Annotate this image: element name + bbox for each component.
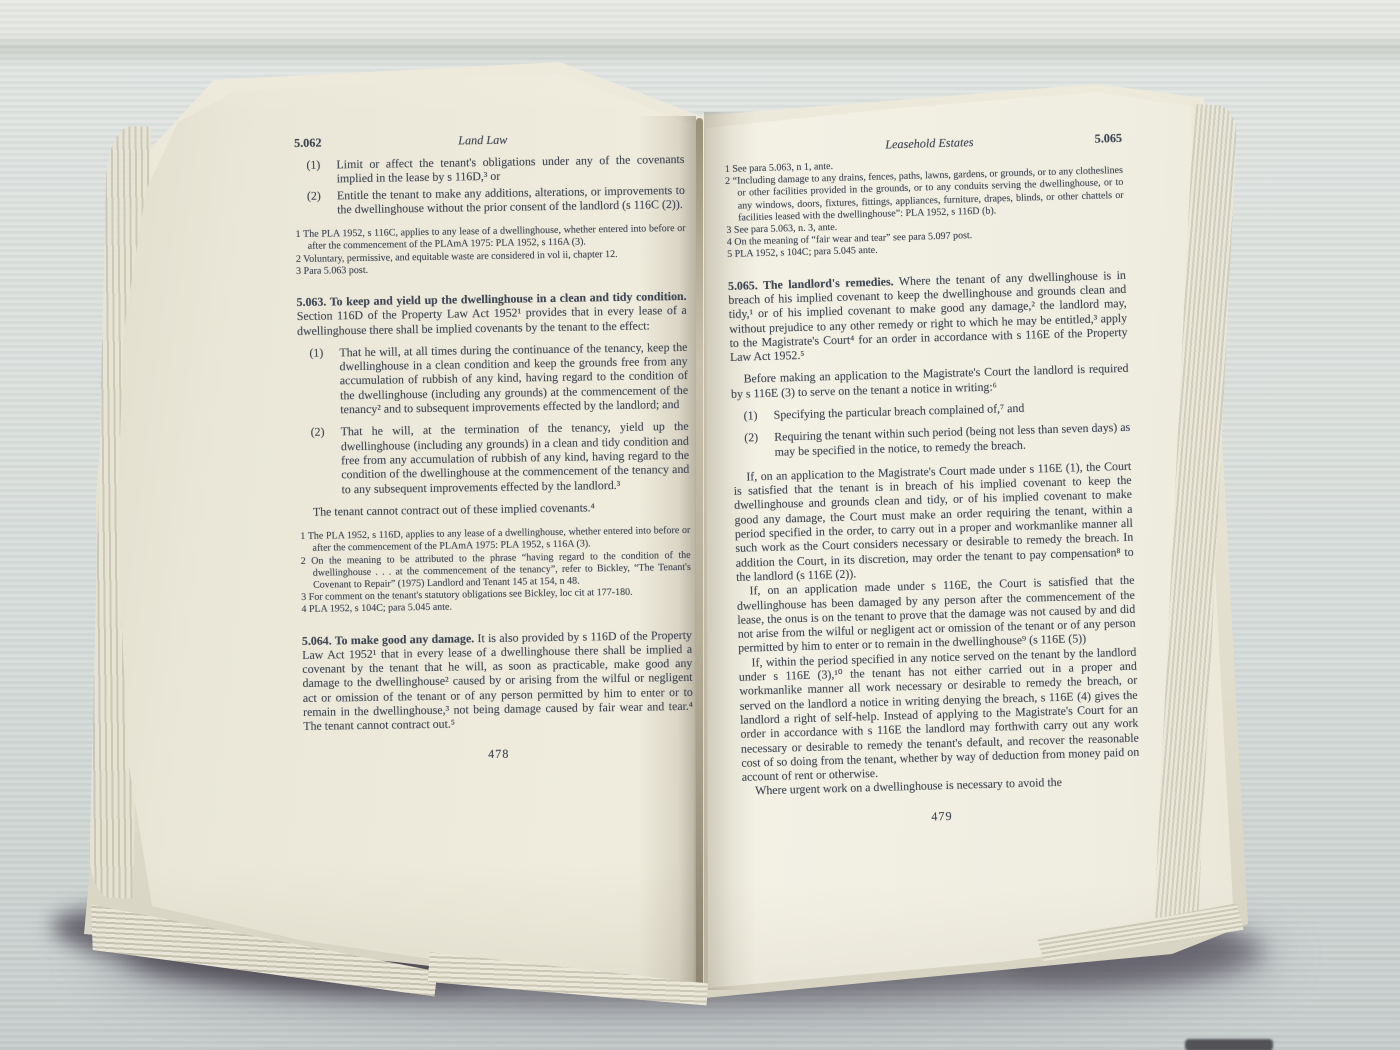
footnote-block: 1 The PLA 1952, s 116C, applies to any l… [295,223,686,278]
list-item: (2) Requiring the tenant within such per… [744,420,1131,459]
right-page-number: 479 [743,803,1141,829]
section-5063-opening: 5.063. To keep and yield up the dwelling… [296,289,687,338]
floor-mark [1185,1039,1273,1050]
section-5063-intro: Section 116D of the Property Law Act 195… [297,303,687,337]
list-item: (1) Limit or affect the tenant's obligat… [306,152,684,187]
section-5065: 5.065. The landlord's remedies. Where th… [728,267,1140,798]
section-5063-tail: The tenant cannot contract out of these … [300,499,690,519]
list-item: (1) Specifying the particular breach com… [743,398,1129,423]
list-item: (2) Entitle the tenant to make any addit… [307,182,685,217]
section-5063: 5.063. To keep and yield up the dwelling… [296,289,691,617]
section-5065-notice-para: Before making an application to the Magi… [730,361,1129,401]
footnote-block: 1 See para 5.063, n 1, ante. 2 “Includin… [725,153,1126,262]
section-5064-paragraph: 5.064. To make good any damage. It is al… [302,627,694,733]
section-5065-opening: 5.065. The landlord's remedies. Where th… [728,267,1128,364]
section-5065-order-para: If, on an application to the Magistrate'… [733,459,1134,584]
book-photo: 5.062 Land Law (1) Limit or affect the t… [0,0,1400,1050]
right-paragraph-number: 5.065 [1094,131,1122,147]
footnote: 2 On the meaning to be attributed to the… [301,549,692,592]
left-paragraph-number: 5.062 [294,136,322,151]
runhead-spacer [724,152,764,153]
left-page-text: 5.062 Land Law (1) Limit or affect the t… [294,130,694,777]
section-5065-selfhelp-para: If, within the period specified in any n… [738,644,1139,784]
runhead-spacer [644,141,684,142]
right-page-text: Leasehold Estates 5.065 1 See para 5.063… [724,131,1141,842]
left-page-number: 478 [304,743,694,764]
list-item: (2) That he will, at the termination of … [311,419,690,496]
footnote-block: 1 The PLA 1952, s 116D, applies to any l… [300,525,691,617]
section-5064: 5.064. To make good any damage. It is al… [302,627,694,733]
gutter-fold-line [696,118,703,990]
section-5065-onus-para: If, on an application made under s 116E,… [736,573,1136,656]
list-item: (1) That he will, at all times during th… [309,340,688,417]
